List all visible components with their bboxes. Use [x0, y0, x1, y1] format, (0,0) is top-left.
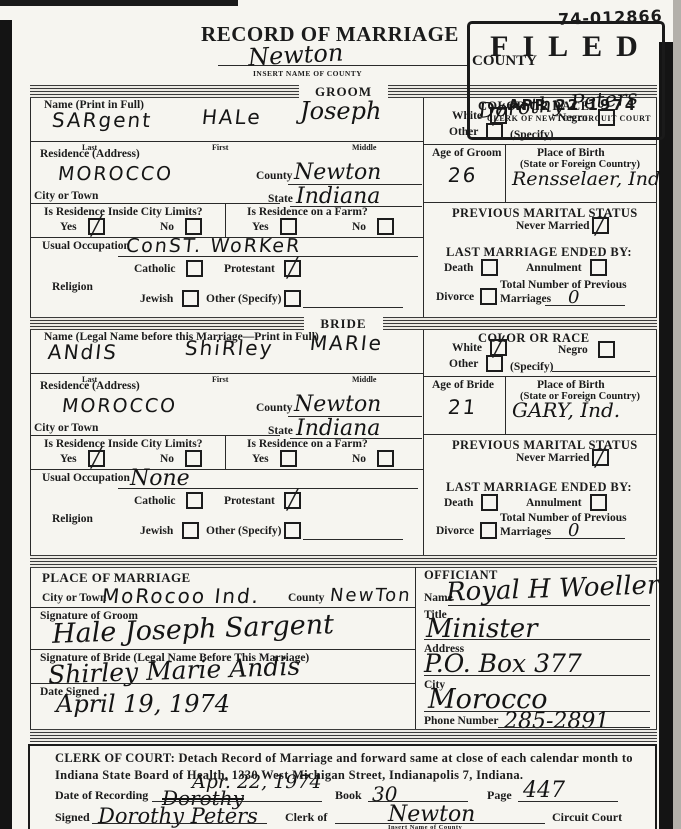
bride-last-name: ANdIS: [47, 340, 119, 364]
bride-annulment-label: Annulment: [526, 497, 582, 509]
checkbox-groom-never-married: ╱: [592, 217, 609, 234]
bride-religion-label: Religion: [52, 513, 93, 525]
groom-residence-label: Residence (Address): [40, 148, 140, 160]
scan-edge-top: [0, 0, 238, 6]
checkbox-groom-protestant: ╱: [284, 260, 301, 277]
checkbox-bride-farm-yes: [280, 450, 297, 467]
checkbox-groom-farm-no: [377, 218, 394, 235]
checkbox-groom-annulment: [590, 259, 607, 276]
page-value: 447: [523, 778, 565, 803]
date-signed-value: April 19, 1974: [56, 690, 230, 718]
checkbox-groom-divorce: [480, 288, 497, 305]
groom-city-yes-label: Yes: [60, 221, 77, 233]
bride-protestant-label: Protestant: [224, 495, 275, 507]
groom-total-previous-label: Total Number of Previous: [500, 279, 627, 291]
groom-residence-rule: [30, 203, 280, 204]
officiant-title-underline: [424, 639, 650, 640]
checkbox-groom-other-religion: [284, 290, 301, 307]
groom-catholic-label: Catholic: [134, 263, 176, 275]
groom-farm-no-label: No: [352, 221, 366, 233]
groom-occupation-value: ConST. WoRKeR: [125, 235, 303, 257]
groom-other-religion-label: Other (Specify): [206, 293, 281, 305]
bride-negro-label: Negro: [558, 344, 588, 356]
marriage-record-document: RECORD OF MARRIAGE Newton COUNTY INSERT …: [0, 0, 681, 829]
bride-farm-no-label: No: [352, 453, 366, 465]
form-border-left: [30, 85, 31, 742]
date-of-recording-value: Apr. 22, 1974: [192, 771, 322, 793]
groom-never-married-label: Never Married: [516, 220, 590, 232]
checkbox-bride-protestant: ╱: [284, 492, 301, 509]
bride-middle-name: MARIe: [309, 331, 385, 355]
scan-edge-right: [659, 42, 673, 829]
bride-farm-question: Is Residence on a Farm?: [247, 438, 368, 450]
groom-occupation-label: Usual Occupation: [42, 240, 130, 252]
place-city-label: City or Town: [42, 592, 106, 604]
bride-prev-marriages-value: 0: [568, 520, 579, 541]
date-of-recording-label: Date of Recording: [55, 788, 148, 803]
officiant-address-value: P.O. Box 377: [424, 649, 582, 678]
signed-label: Signed: [55, 810, 90, 825]
bride-total-previous-label: Total Number of Previous: [500, 512, 627, 524]
bride-age-divider: [505, 376, 506, 434]
page-label: Page: [487, 788, 512, 803]
checkbox-bride-city-yes: ╱: [88, 450, 105, 467]
groom-birthplace-label: Place of Birth: [537, 147, 605, 159]
groom-city-no-label: No: [160, 221, 174, 233]
groom-first-sublabel: First: [212, 143, 228, 152]
checkbox-bride-city-no: [185, 450, 202, 467]
checkbox-bride-white: ╱: [490, 339, 507, 356]
groom-marriages-label: Marriages: [500, 293, 551, 305]
scan-margin-right: [673, 0, 681, 829]
bride-residence-rule: [30, 435, 280, 436]
place-column-divider: [415, 567, 416, 729]
groom-annulment-label: Annulment: [526, 262, 582, 274]
bride-limits-rule: [30, 469, 423, 470]
bride-column-divider: [423, 330, 424, 555]
bride-race-rule: [423, 376, 656, 377]
date-of-recording-underline: [152, 801, 322, 802]
groom-age-label: Age of Groom: [432, 147, 501, 159]
groom-farm-divider: [225, 203, 226, 237]
groom-county-value: Newton: [294, 160, 381, 185]
bride-city-no-label: No: [160, 453, 174, 465]
groom-farm-question: Is Residence on a Farm?: [247, 206, 368, 218]
bride-marriages-label: Marriages: [500, 526, 551, 538]
groom-signature-underline: [30, 649, 415, 650]
circuit-court-label: Circuit Court: [552, 810, 622, 825]
groom-middle-name: Joseph: [300, 97, 381, 125]
groom-birthplace-value: Rensselaer, Ind: [512, 168, 660, 190]
clerk-heading: CLERK OF COURT:: [55, 751, 175, 765]
bride-specify-label: (Specify): [510, 361, 553, 373]
groom-last-marriage-heading: LAST MARRIAGE ENDED BY:: [446, 245, 632, 260]
groom-age-divider: [505, 144, 506, 202]
place-bottom-banner: [30, 729, 657, 742]
groom-religion-label: Religion: [52, 281, 93, 293]
place-county-label: County: [288, 592, 324, 604]
bride-first-name: ShiRley: [184, 336, 275, 360]
bride-city-yes-label: Yes: [60, 453, 77, 465]
bride-birthplace-value: GARY, Ind.: [512, 398, 620, 422]
bride-other-religion-label: Other (Specify): [206, 525, 281, 537]
groom-prev-marriages-value: 0: [568, 287, 579, 308]
groom-middle-sublabel: Middle: [352, 143, 376, 152]
bride-banner-label: BRIDE: [304, 316, 382, 332]
groom-last-name: SARgent: [51, 108, 154, 132]
groom-marriages-underline: [545, 305, 625, 306]
clerk-signature: Dorothy Peters: [98, 804, 258, 828]
groom-county-label: County: [256, 170, 292, 182]
bride-never-married-label: Never Married: [516, 452, 590, 464]
bride-farm-divider: [225, 435, 226, 469]
groom-city-limits-question: Is Residence Inside City Limits?: [44, 206, 202, 218]
groom-first-name: HALe: [201, 105, 263, 129]
officiant-phone-underline: [498, 727, 650, 728]
groom-race-rule: [423, 144, 656, 145]
county-handwritten: Newton: [247, 39, 344, 72]
groom-divorce-label: Divorce: [436, 291, 474, 303]
bride-catholic-label: Catholic: [134, 495, 176, 507]
place-county-value: NewTon: [329, 585, 413, 606]
bride-city-value: MOROCCO: [61, 395, 178, 417]
checkbox-bride-jewish: [182, 522, 199, 539]
bride-first-sublabel: First: [212, 375, 228, 384]
checkbox-bride-negro: [598, 341, 615, 358]
bride-residence-label: Residence (Address): [40, 380, 140, 392]
bride-city-limits-question: Is Residence Inside City Limits?: [44, 438, 202, 450]
clerk-instr1: Detach Record of Marriage and forward sa…: [178, 751, 632, 765]
bride-other-religion-underline: [303, 539, 403, 540]
checkbox-groom-jewish: [182, 290, 199, 307]
page-underline: [518, 801, 618, 802]
groom-other-religion-underline: [303, 307, 403, 308]
groom-age-rule: [423, 202, 656, 203]
bride-death-label: Death: [444, 497, 473, 509]
county-hint: INSERT NAME OF COUNTY: [253, 69, 362, 78]
bride-age-value: 21: [447, 395, 479, 419]
groom-age-value: 26: [447, 163, 479, 187]
place-top-banner: [30, 555, 657, 568]
groom-death-label: Death: [444, 262, 473, 274]
clerk-county-hint: Insert Name of County: [388, 824, 462, 829]
bride-last-marriage-heading: LAST MARRIAGE ENDED BY:: [446, 480, 632, 495]
bride-white-label: White: [452, 342, 482, 354]
checkbox-bride-annulment: [590, 494, 607, 511]
checkbox-bride-death: [481, 494, 498, 511]
groom-farm-yes-label: Yes: [252, 221, 269, 233]
clerk-instructions-line1: CLERK OF COURT: Detach Record of Marriag…: [55, 751, 633, 766]
checkbox-groom-city-yes: ╱: [88, 218, 105, 235]
bride-farm-yes-label: Yes: [252, 453, 269, 465]
checkbox-groom-city-no: [185, 218, 202, 235]
groom-column-divider: [423, 98, 424, 317]
bride-divorce-label: Divorce: [436, 525, 474, 537]
place-city-underline: [30, 607, 415, 608]
bride-other-race-label: Other: [449, 358, 478, 370]
officiant-phone-label: Phone Number: [424, 715, 498, 727]
bride-jewish-label: Jewish: [140, 525, 173, 537]
checkbox-groom-catholic: [186, 260, 203, 277]
checkbox-bride-other-race: [486, 355, 503, 372]
checkbox-bride-catholic: [186, 492, 203, 509]
clerk-of-label: Clerk of: [285, 810, 327, 825]
bride-name-underline: [30, 373, 423, 374]
book-label: Book: [335, 788, 362, 803]
officiant-name-underline: [448, 605, 650, 606]
officiant-address-underline: [424, 675, 650, 676]
groom-occupation-underline: [118, 256, 418, 257]
bride-age-label: Age of Bride: [432, 379, 494, 391]
groom-city-label: City or Town: [34, 190, 98, 202]
groom-jewish-label: Jewish: [140, 293, 173, 305]
checkbox-bride-farm-no: [377, 450, 394, 467]
clerk-signature-underline: [92, 823, 267, 824]
checkbox-groom-death: [481, 259, 498, 276]
bride-banner: BRIDE: [30, 317, 657, 330]
bride-occupation-underline: [118, 488, 418, 489]
bride-occupation-label: Usual Occupation: [42, 472, 130, 484]
filed-stamp-text: FILED: [470, 30, 662, 64]
bride-signature-underline: [30, 683, 415, 684]
bride-marital-status-heading: PREVIOUS MARITAL STATUS: [452, 438, 638, 453]
checkbox-bride-divorce: [480, 522, 497, 539]
bride-city-label: City or Town: [34, 422, 98, 434]
bride-county-label: County: [256, 402, 292, 414]
groom-name-underline: [30, 141, 423, 142]
bride-age-rule: [423, 434, 656, 435]
bride-marriages-underline: [545, 538, 625, 539]
scan-edge-left: [0, 20, 12, 829]
bride-specify-underline: [552, 371, 650, 372]
groom-city-value: MOROCCO: [57, 163, 174, 185]
place-city-value: MoRocoo Ind.: [101, 584, 262, 608]
checkbox-groom-farm-yes: [280, 218, 297, 235]
groom-protestant-label: Protestant: [224, 263, 275, 275]
groom-marital-status-heading: PREVIOUS MARITAL STATUS: [452, 206, 638, 221]
bride-birthplace-label: Place of Birth: [537, 379, 605, 391]
bride-middle-sublabel: Middle: [352, 375, 376, 384]
bride-county-value: Newton: [294, 392, 381, 417]
officiant-name-value: Royal H Woeller: [446, 570, 660, 607]
filing-number: 74-012866: [558, 6, 663, 29]
checkbox-bride-other-religion: [284, 522, 301, 539]
checkbox-bride-never-married: ╱: [592, 449, 609, 466]
